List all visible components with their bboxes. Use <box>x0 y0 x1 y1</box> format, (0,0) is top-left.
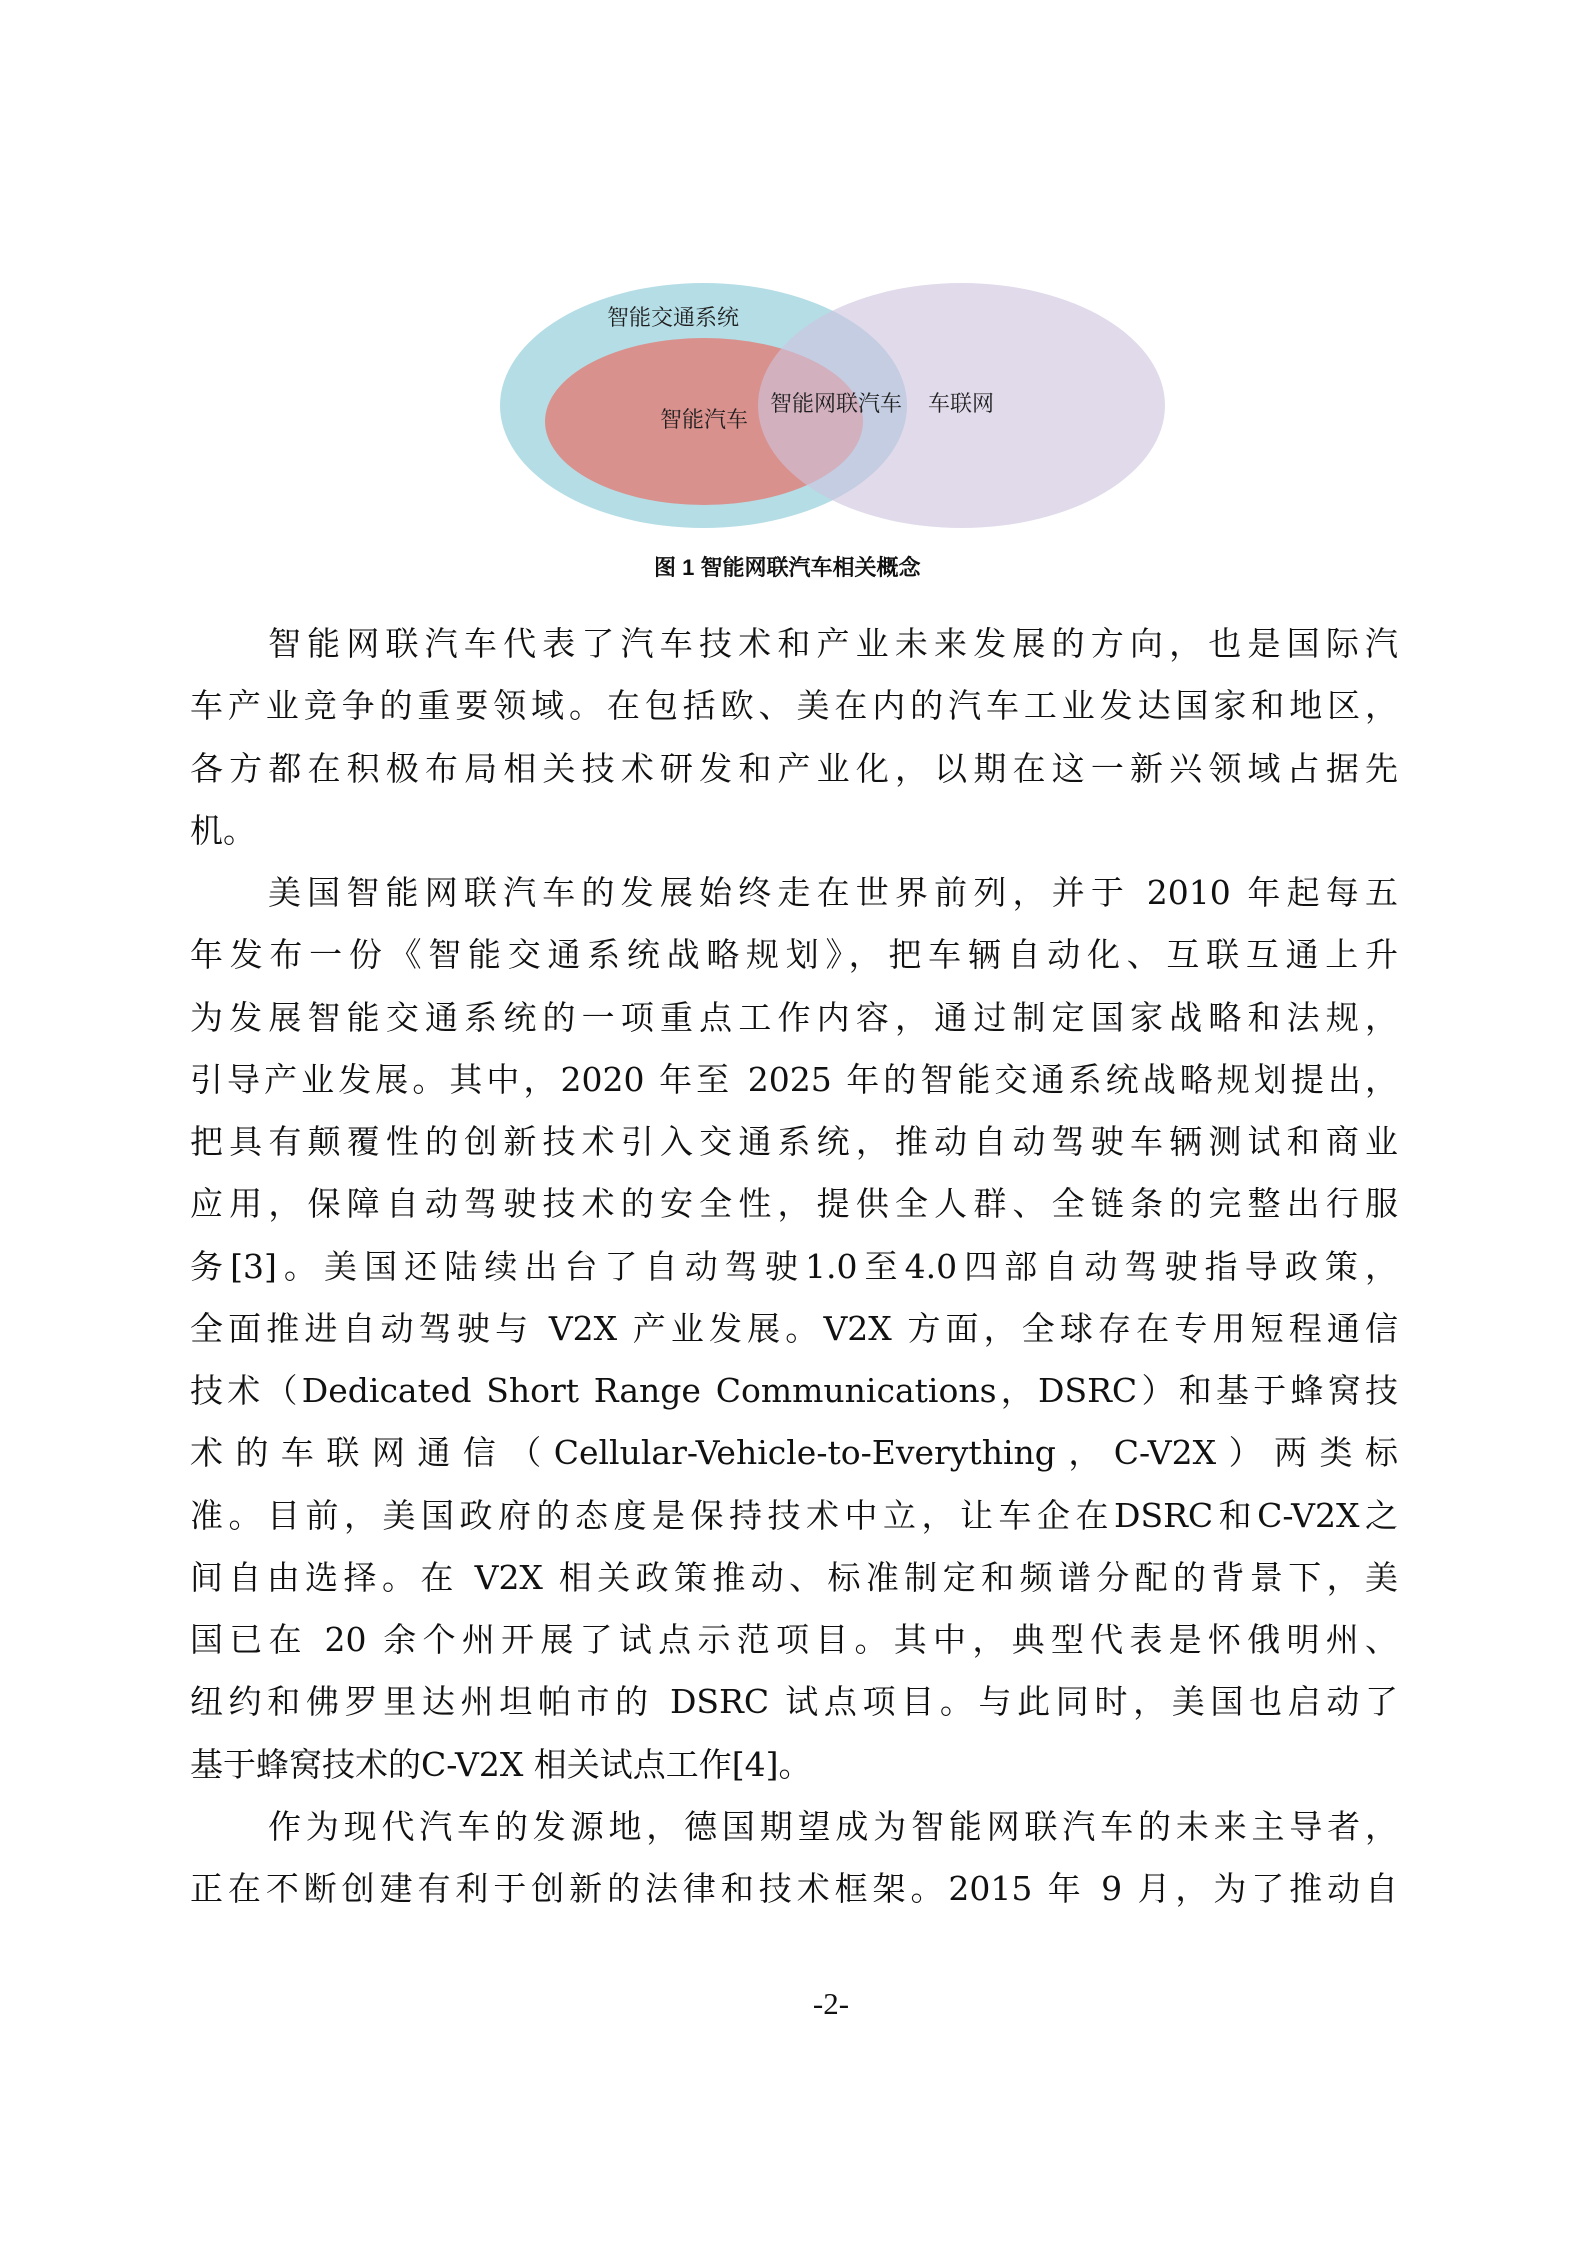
page-number: -2- <box>731 1986 931 2022</box>
icv-label: 智能网联汽车 <box>770 393 902 417</box>
text-line: 机。 <box>190 800 1398 862</box>
body-text: 智能网联汽车代表了汽车技术和产业未来发展的方向，也是国际汽 车产业竞争的重要领域… <box>190 613 1398 1920</box>
text-line: 务[3]。美国还陆续出台了自动驾驶1.0至4.0四部自动驾驶指导政策， <box>190 1236 1398 1298</box>
text-line: 智能网联汽车代表了汽车技术和产业未来发展的方向，也是国际汽 <box>190 613 1398 675</box>
text-line: 技术（Dedicated Short Range Communications，… <box>190 1360 1398 1422</box>
figure-caption: 图 1 智能网联汽车相关概念 <box>654 553 984 583</box>
paragraph: 作为现代汽车的发源地，德国期望成为智能网联汽车的未来主导者， 正在不断创建有利于… <box>190 1796 1398 1921</box>
text-line: 准。目前，美国政府的态度是保持技术中立，让车企在DSRC和C-V2X之 <box>190 1485 1398 1547</box>
text-line: 年发布一份《智能交通系统战略规划》，把车辆自动化、互联互通上升 <box>190 924 1398 986</box>
text-line: 为发展智能交通系统的一项重点工作内容，通过制定国家战略和法规， <box>190 987 1398 1049</box>
text-line: 基于蜂窝技术的C-V2X 相关试点工作[4]。 <box>190 1734 1398 1796</box>
text-line: 全面推进自动驾驶与 V2X 产业发展。V2X 方面，全球存在专用短程通信 <box>190 1298 1398 1360</box>
text-line: 各方都在积极布局相关技术研发和产业化，以期在这一新兴领域占据先 <box>190 738 1398 800</box>
text-line: 术的车联网通信（Cellular-Vehicle-to-Everything，C… <box>190 1422 1398 1484</box>
its-label: 智能交通系统 <box>607 307 739 331</box>
iov-label: 车联网 <box>928 393 994 417</box>
text-line: 应用，保障自动驾驶技术的安全性，提供全人群、全链条的完整出行服 <box>190 1173 1398 1235</box>
text-line: 把具有颠覆性的创新技术引入交通系统，推动自动驾驶车辆测试和商业 <box>190 1111 1398 1173</box>
paragraph: 美国智能网联汽车的发展始终走在世界前列，并于 2010 年起每五 年发布一份《智… <box>190 862 1398 1796</box>
venn-diagram: 智能交通系统 智能汽车 智能网联汽车 车联网 <box>0 0 1587 600</box>
text-line: 美国智能网联汽车的发展始终走在世界前列，并于 2010 年起每五 <box>190 862 1398 924</box>
text-line: 间自由选择。在 V2X 相关政策推动、标准制定和频谱分配的背景下，美 <box>190 1547 1398 1609</box>
text-line: 国已在 20 余个州开展了试点示范项目。其中，典型代表是怀俄明州、 <box>190 1609 1398 1671</box>
paragraph: 智能网联汽车代表了汽车技术和产业未来发展的方向，也是国际汽 车产业竞争的重要领域… <box>190 613 1398 862</box>
text-line: 作为现代汽车的发源地，德国期望成为智能网联汽车的未来主导者， <box>190 1796 1398 1858</box>
document-page: 智能交通系统 智能汽车 智能网联汽车 车联网 图 1 智能网联汽车相关概念 智能… <box>0 0 1587 2245</box>
text-line: 正在不断创建有利于创新的法律和技术框架。2015 年 9 月，为了推动自 <box>190 1858 1398 1920</box>
smart-car-label: 智能汽车 <box>660 409 748 433</box>
text-line: 车产业竞争的重要领域。在包括欧、美在内的汽车工业发达国家和地区， <box>190 675 1398 737</box>
text-line: 引导产业发展。其中，2020 年至 2025 年的智能交通系统战略规划提出， <box>190 1049 1398 1111</box>
venn-diagram-graphic <box>0 0 1587 600</box>
text-line: 纽约和佛罗里达州坦帕市的 DSRC 试点项目。与此同时，美国也启动了 <box>190 1671 1398 1733</box>
